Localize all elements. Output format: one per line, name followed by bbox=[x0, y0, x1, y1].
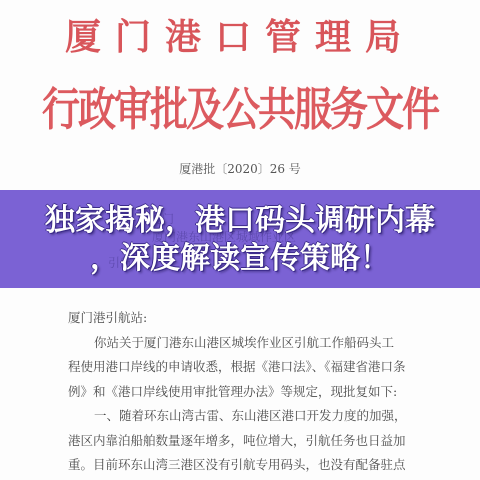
headline-line-1: 独家揭秘，港口码头调研内幕 bbox=[0, 202, 480, 240]
headline-banner: 厦门 厦门港东山港区城域作业区 引航 独家揭秘，港口码头调研内幕 ，深度解读宣传… bbox=[0, 190, 480, 288]
document-number: 厦港批〔2020〕26 号 bbox=[0, 160, 480, 178]
body-paragraph-line: 例》和《港口岸线使用审批管理办法》等规定，现批复如下: bbox=[68, 380, 440, 405]
body-paragraph-line: 程使用港口岸线的申请收悉，根据《港口法》、《福建省港口条 bbox=[68, 355, 440, 380]
body-paragraph-line: 你站关于厦门港东山港区城埃作业区引航工作船码头工 bbox=[68, 331, 440, 356]
addressee: 厦门港引航站: bbox=[68, 306, 440, 331]
document-page: 厦门港口管理局 行政审批及公共服务文件 厦港批〔2020〕26 号 厦门 厦门港… bbox=[0, 0, 480, 480]
body-paragraph-line: 重。目前环东山湾三港区没有引航专用码头，也没有配备驻点 bbox=[68, 453, 440, 478]
headline-line-2: ，深度解读宣传策略！ bbox=[0, 240, 480, 278]
document-type-heading: 行政审批及公共服务文件 bbox=[0, 78, 480, 140]
body-paragraph-line: 一、随着环东山湾古雷、东山港区港口开发力度的加强， bbox=[68, 404, 440, 429]
issuing-organization-title: 厦门港口管理局 bbox=[0, 12, 480, 62]
body-paragraph-line: 港区内靠泊船舶数量逐年增多，吨位增大，引航任务也日益加 bbox=[68, 429, 440, 454]
document-body: 厦门港引航站: 你站关于厦门港东山港区城埃作业区引航工作船码头工 程使用港口岸线… bbox=[68, 306, 440, 478]
